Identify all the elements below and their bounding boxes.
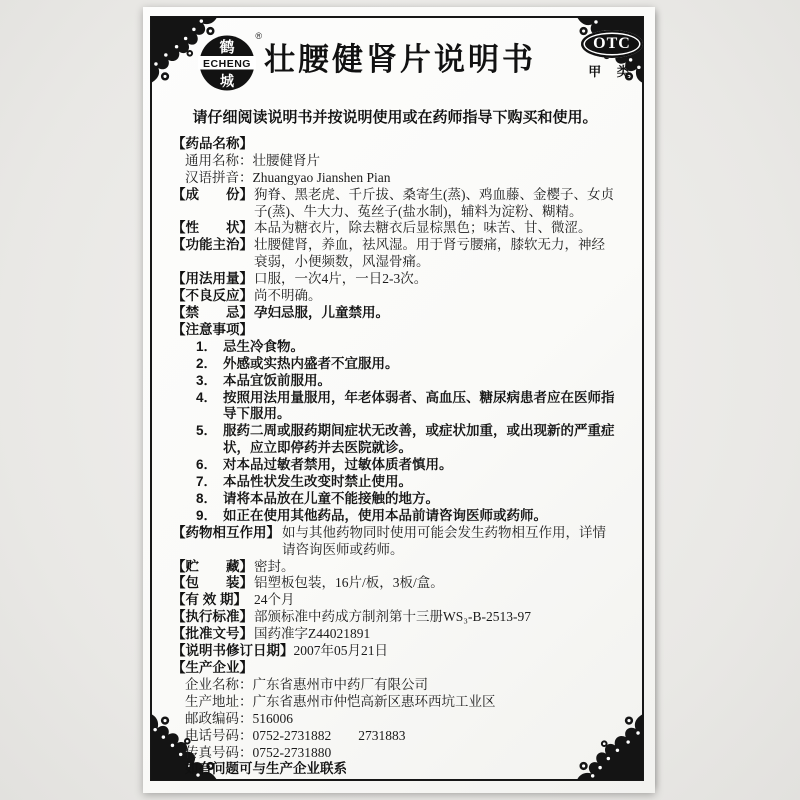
precaution-item: 1．忌生冷食物。 — [196, 339, 618, 356]
precaution-item: 9．如正在使用其他药品，使用本品前请咨询医师或药师。 — [196, 508, 618, 525]
precaution-item: 6．对本品过敏者禁用，过敏体质者慎用。 — [196, 457, 618, 474]
border-frame: 鹤 ECHENG 城 ® 壮腰健肾片说明书 OTC 甲 类 请仔细阅读说明书并按… — [150, 16, 644, 781]
contact-footer-note: 如有问题可与生产企业联系 — [185, 761, 618, 778]
usage-notice: 请仔细阅读说明书并按说明使用或在药师指导下购买和使用。 — [172, 110, 618, 127]
section-revision-date: 【说明书修订日期】2007年05月21日 — [172, 643, 618, 660]
precaution-item: 5．服药二周或服药期间症状无改善，或症状加重，或出现新的严重症状，应立即停药并去… — [196, 423, 618, 457]
leaflet-header: 鹤 ECHENG 城 ® 壮腰健肾片说明书 OTC 甲 类 — [172, 32, 618, 104]
section-standard: 【执行标准】部颁标准中药成方制剂第十三册WS₃-B-2513-97 — [172, 609, 618, 626]
precaution-item: 7．本品性状发生改变时禁止使用。 — [196, 474, 618, 491]
section-contraindication: 【禁 忌】孕妇忌服，儿童禁用。 — [172, 305, 618, 322]
precaution-item: 2．外感或实热内盛者不宜服用。 — [196, 356, 618, 373]
logo-city-character: 城 — [220, 73, 235, 90]
section-storage: 【贮 藏】密封。 — [172, 559, 618, 576]
otc-oval-icon: OTC — [581, 30, 643, 58]
section-validity: 【有 效 期】24个月 — [172, 592, 618, 609]
precaution-item: 4．按照用法用量服用，年老体弱者、高血压、糖尿病患者应在医师指导下服用。 — [196, 390, 618, 424]
precaution-item: 3．本品宜饭前服用。 — [196, 373, 618, 390]
field-zip-code: 邮政编码：516006 — [185, 711, 618, 728]
section-drug-interaction: 【药物相互作用】如与其他药物同时使用可能会发生药物相互作用，详情请咨询医师或药师… — [172, 525, 618, 559]
field-generic-name: 通用名称：壮腰健肾片 — [185, 153, 618, 170]
section-adverse-reaction: 【不良反应】尚不明确。 — [172, 288, 618, 305]
field-company-name: 企业名称：广东省惠州市中药厂有限公司 — [185, 677, 618, 694]
section-approval-number: 【批准文号】国药准字Z44021891 — [172, 626, 618, 643]
section-ingredients: 【成 份】狗脊、黑老虎、千斤拔、桑寄生(蒸)、鸡血藤、金樱子、女贞子(蒸)、牛大… — [172, 187, 618, 221]
leaflet-paper: 鹤 ECHENG 城 ® 壮腰健肾片说明书 OTC 甲 类 请仔细阅读说明书并按… — [143, 7, 655, 793]
otc-label: OTC — [593, 36, 631, 53]
field-pinyin: 汉语拼音：Zhuangyao Jianshen Pian — [185, 170, 618, 187]
section-precautions: 【注意事项】 — [172, 322, 618, 339]
leaflet-content: 鹤 ECHENG 城 ® 壮腰健肾片说明书 OTC 甲 类 请仔细阅读说明书并按… — [152, 18, 642, 778]
otc-badge: OTC 甲 类 — [576, 30, 648, 81]
precaution-item: 8．请将本品放在儿童不能接触的地方。 — [196, 491, 618, 508]
field-address: 生产地址：广东省惠州市仲恺高新区惠环西坑工业区 — [185, 694, 618, 711]
section-manufacturer: 【生产企业】 — [172, 660, 618, 677]
section-character: 【性 状】本品为糖衣片，除去糖衣后显棕黑色；味苦、甘、微涩。 — [172, 220, 618, 237]
field-telephone: 电话号码：0752-2731882 2731883 — [185, 728, 618, 745]
leaflet-body: 【药品名称】 通用名称：壮腰健肾片 汉语拼音：Zhuangyao Jianshe… — [172, 136, 618, 778]
section-drug-name: 【药品名称】 — [172, 136, 618, 153]
section-dosage: 【用法用量】口服，一次4片，一日2-3次。 — [172, 271, 618, 288]
field-fax: 传真号码：0752-2731880 — [185, 745, 618, 762]
registered-trademark-icon: ® — [255, 28, 262, 45]
section-package: 【包 装】铝塑板包装，16片/板，3板/盒。 — [172, 575, 618, 592]
otc-category: 甲 类 — [576, 64, 648, 81]
section-function: 【功能主治】壮腰健肾，养血，祛风湿。用于肾亏腰痛，膝软无力，神经衰弱，小便频数，… — [172, 237, 618, 271]
page-title: 壮腰健肾片说明书 — [212, 52, 588, 69]
